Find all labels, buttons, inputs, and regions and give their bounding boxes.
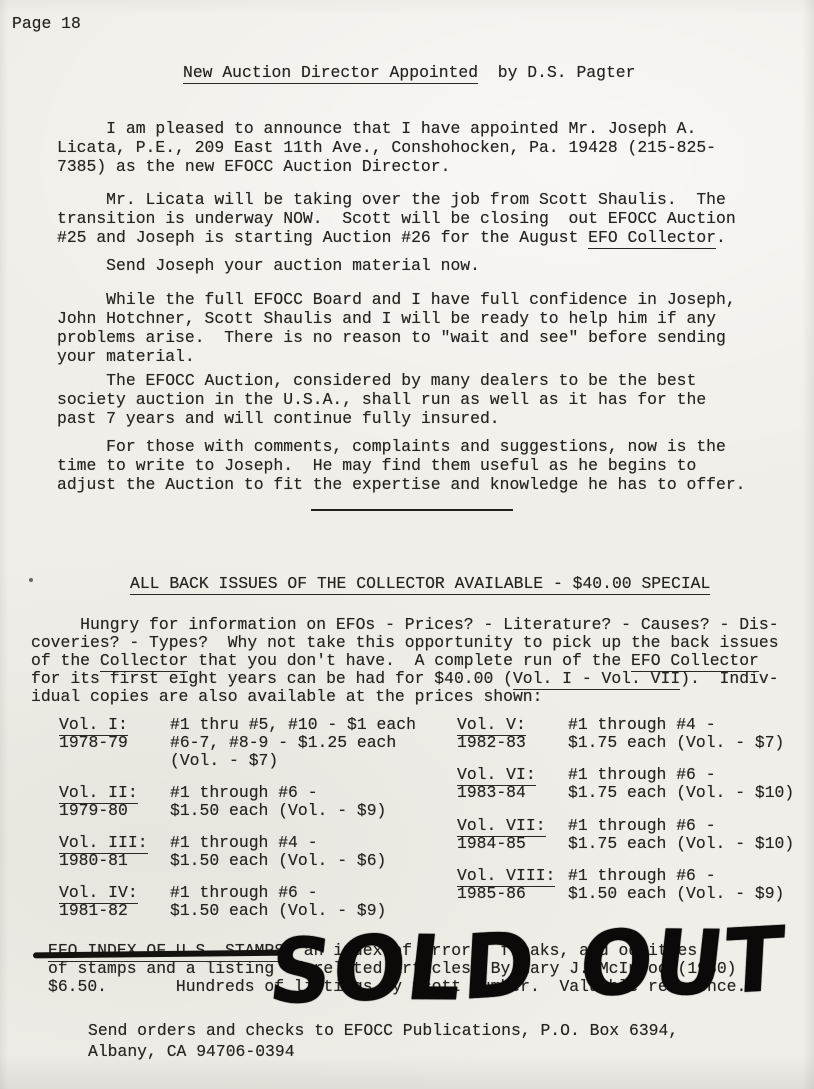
section-divider (311, 509, 513, 511)
paragraph-appointment: I am pleased to announce that I have app… (57, 119, 716, 176)
article-title-text: New Auction Director Appointed (183, 63, 478, 84)
order-address: Send orders and checks to EFOCC Publicat… (88, 1020, 678, 1062)
vol-prices: #1 through #6 -$1.75 each (Vol. - $10) (568, 766, 794, 802)
vol-years: 1978-79 (59, 733, 128, 752)
vol-years: 1980-81 (59, 851, 128, 870)
vol-prices: #1 through #6 -$1.50 each (Vol. - $9) (170, 784, 386, 820)
vol-years: 1982-83 (457, 733, 526, 752)
vol-prices: #1 through #6 -$1.75 each (Vol. - $10) (568, 817, 794, 853)
article-title: New Auction Director Appointed by D.S. P… (183, 63, 635, 82)
stray-ink-dot (29, 578, 33, 582)
vol-years: 1983-84 (457, 783, 526, 802)
vol-years: 1985-86 (457, 884, 526, 903)
vol-years: 1981-82 (59, 901, 128, 920)
back-issues-intro: Hungry for information on EFOs - Prices?… (31, 616, 779, 706)
vol-column: Vol. VII:1984-85 (457, 817, 546, 853)
back-issues-heading-text: ALL BACK ISSUES OF THE COLLECTOR AVAILAB… (130, 574, 710, 595)
paragraph-comments: For those with comments, complaints and … (57, 437, 746, 494)
vol-column: Vol. VI:1983-84 (457, 766, 536, 802)
vol-column: Vol. V:1982-83 (457, 716, 526, 752)
vol-column: Vol. IV:1981-82 (59, 884, 138, 920)
vol-years: 1979-80 (59, 801, 128, 820)
article-byline: by D.S. Pagter (478, 63, 635, 82)
vol-prices: #1 thru #5, #10 - $1 each#6-7, #8-9 - $1… (170, 716, 416, 770)
vol-column: Vol. I:1978-79 (59, 716, 128, 752)
vol-column: Vol. VIII:1985-86 (457, 867, 555, 903)
sold-out-overlay: SOLD OUT (266, 909, 789, 1024)
page-number: Page 18 (12, 14, 81, 33)
back-issues-heading: ALL BACK ISSUES OF THE COLLECTOR AVAILAB… (130, 574, 710, 593)
paragraph-send-material: Send Joseph your auction material now. (57, 256, 480, 275)
vol-prices: #1 through #4 -$1.50 each (Vol. - $6) (170, 834, 386, 870)
vol-years: 1984-85 (457, 834, 526, 853)
vol-column: Vol. II:1979-80 (59, 784, 138, 820)
vol-column: Vol. III:1980-81 (59, 834, 148, 870)
vol-prices: #1 through #6 -$1.50 each (Vol. - $9) (568, 867, 784, 903)
document-page: Page 18 New Auction Director Appointed b… (0, 0, 814, 1089)
paragraph-confidence: While the full EFOCC Board and I have fu… (57, 290, 736, 366)
vol-prices: #1 through #6 -$1.50 each (Vol. - $9) (170, 884, 386, 920)
paragraph-auction-quality: The EFOCC Auction, considered by many de… (57, 371, 706, 428)
paragraph-transition: Mr. Licata will be taking over the job f… (57, 190, 736, 247)
vol-prices: #1 through #4 -$1.75 each (Vol. - $7) (568, 716, 784, 752)
